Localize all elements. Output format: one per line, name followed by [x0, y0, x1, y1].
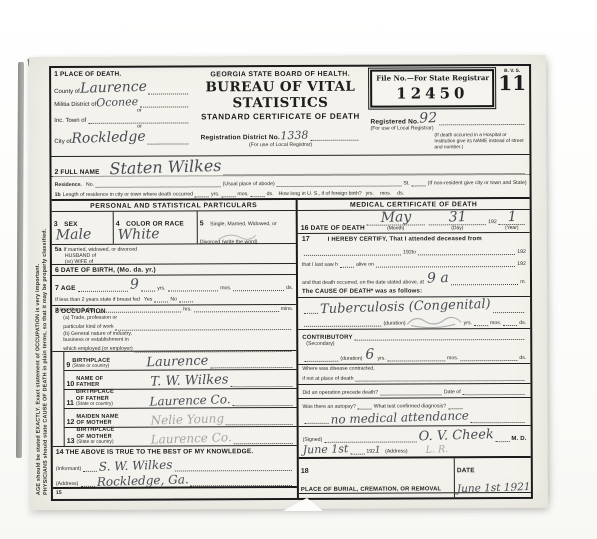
- certificate-form: 1 PLACE OF DEATH. County of Laurence Mil…: [49, 64, 533, 501]
- informant-section: 14 THE ABOVE IS TRUE TO THE BEST OF MY K…: [53, 446, 297, 489]
- dotted-leader: [80, 478, 94, 487]
- mother-maiden-label2: OF MOTHER: [76, 419, 150, 425]
- dotted-leader: [251, 188, 265, 197]
- date-of-death-field: 16 DATE OF DEATH May (Month) 31 (Day) 19…: [298, 210, 530, 234]
- burial-place-handwritten: Blue Springs: [303, 497, 452, 501]
- dotted-leader: [83, 463, 97, 472]
- form-number: 11: [498, 74, 526, 92]
- item-number: 10: [66, 381, 74, 388]
- filed-date-stamp: JUN 1 1921: [75, 500, 125, 501]
- dotted-leader: [88, 114, 188, 123]
- father-name-field: 10 NAME OF FATHER T. W. Wilkes: [64, 370, 296, 390]
- dotted-leader: [233, 282, 284, 291]
- yrs-label: yrs.: [157, 286, 165, 292]
- place-of-death-label: PLACE OF DEATH.: [60, 71, 121, 78]
- file-no-label: File No.—For State Registrar: [376, 73, 488, 82]
- md-label: M. D.: [511, 436, 526, 442]
- state-country-note: (State or country): [76, 439, 150, 445]
- state-file-number-box: File No.—For State Registrar 12450: [370, 69, 494, 108]
- death-month-group: May (Month): [367, 210, 425, 231]
- item-number: 5a: [55, 247, 62, 253]
- hospital-note: (If death occurred in a Hospital or Inst…: [434, 133, 526, 151]
- full-name-row: 2 FULL NAME Staten Wilkes: [51, 155, 529, 177]
- length-of-residence-label: Length of residence in city or town wher…: [63, 191, 193, 198]
- item-number: 8: [55, 308, 59, 315]
- residence-no-label: No.: [86, 182, 94, 188]
- occupation-a1: (a) Trade, profession or: [63, 315, 117, 322]
- dotted-leader: [495, 433, 509, 442]
- dotted-leader: [116, 320, 292, 330]
- informant-address-handwritten: Rockledge, Ga.: [96, 473, 188, 488]
- city-label: City of: [54, 139, 71, 145]
- marital-status-field: 5 Single, Married, Widowed, or Divorced …: [198, 211, 296, 243]
- father-name-handwritten: T. W. Wilkes: [150, 373, 228, 388]
- how-long-us-label: How long in U. S., if of foreign birth?: [279, 191, 362, 197]
- city-handwritten: Rockledge: [71, 130, 146, 146]
- dotted-leader: [304, 353, 338, 362]
- cause-of-death-section: Tuberculosis (Congenital) (duration) yrs…: [298, 297, 530, 330]
- dotted-leader: [141, 283, 155, 292]
- autopsy-section: Was there an autopsy? What test confirme…: [299, 398, 531, 427]
- parents-section: PARENTS 9 BIRTHPLACE (State or country) …: [52, 351, 296, 447]
- item-number: 14: [56, 449, 64, 456]
- mother-maiden-handwritten: Nelie Young: [150, 412, 224, 426]
- form-columns: PERSONAL AND STATISTICAL PARTICULARS 3 S…: [52, 199, 531, 499]
- dotted-leader: [439, 116, 524, 125]
- place-of-death-section: 1 PLACE OF DEATH. County of Laurence Mil…: [51, 67, 195, 156]
- color-race-handwritten: White: [118, 227, 160, 242]
- date-of-birth-label: DATE OF BIRTH, (Mo. da. yr.): [61, 267, 156, 274]
- filed-section: 15 Filed JUN 1 1921 192 J. T. Hunty LOCA…: [53, 488, 297, 501]
- informant-label: (Informant): [56, 466, 81, 472]
- dotted-leader: [412, 177, 426, 186]
- ds-label: ds.: [519, 355, 526, 361]
- parents-vertical-label: PARENTS: [49, 404, 55, 442]
- mos-label: mos.: [490, 320, 501, 326]
- inc-town-label: Inc. Town of: [54, 118, 86, 124]
- year-caption: (Year): [499, 225, 525, 231]
- operation-date-label: Date of: [444, 389, 461, 395]
- dotted-leader: [340, 259, 354, 268]
- county-label: County of: [54, 89, 80, 95]
- dotted-leader: [234, 435, 293, 444]
- scan-edge-artifact: [16, 62, 24, 458]
- death-year-group: 1 (Year): [499, 210, 525, 231]
- dotted-leader: [230, 378, 292, 387]
- dotted-leader: [463, 386, 525, 395]
- certify-line1: I HEREBY CERTIFY, That I attended deceas…: [328, 236, 482, 243]
- month-caption: (Month): [367, 225, 425, 231]
- abode-note: (Usual place of abode): [223, 181, 275, 187]
- registrar-numbers-section: File No.—For State Registrar 12450 B. V.…: [366, 66, 529, 155]
- last-saw-label: that I last saw h: [302, 262, 338, 268]
- item-number: 9: [66, 362, 70, 369]
- dotted-leader: [204, 499, 292, 501]
- registration-district-handwritten: 1338: [280, 130, 308, 142]
- yrs-label: yrs.: [464, 320, 472, 326]
- militia-district-handwritten: Oconee: [96, 96, 138, 108]
- contracted-line1: Where was disease contracted,: [302, 365, 526, 372]
- item-number: 13: [67, 438, 75, 445]
- dotted-leader: [474, 317, 488, 326]
- item-number: 1b: [55, 192, 61, 198]
- m-label: m.: [520, 278, 526, 284]
- dotted-leader: [154, 294, 168, 303]
- year-prefix: 192: [488, 219, 497, 225]
- registered-no-handwritten: 92: [419, 111, 437, 126]
- item-number: 1: [54, 71, 58, 78]
- age-handwritten: 9: [130, 278, 139, 292]
- contracted-line2: if not at place of death: [302, 376, 353, 382]
- undertaker-section: 20 UNDERTAKER J. Taylor Loid ADDRESS: [299, 493, 531, 501]
- item-number: 12: [67, 419, 75, 426]
- dotted-leader: [460, 352, 517, 361]
- age-field: 7 AGE 9 yrs. mos. ds. If less: [52, 275, 296, 306]
- father-name-label2: FATHER: [76, 381, 150, 387]
- mother-birthplace-field: 13 BIRTHPLACE OF MOTHER (State or countr…: [65, 427, 297, 446]
- certificate-paper: AGE should be stated EXACTLY. Exact stat…: [29, 55, 548, 510]
- operation-label: Did an operation precede death?: [302, 390, 378, 396]
- dotted-leader: [418, 246, 515, 255]
- form-code: B. V. S. 11: [498, 69, 526, 92]
- dotted-leader: [304, 318, 381, 327]
- dotted-leader: [355, 331, 525, 341]
- informant-statement-label: THE ABOVE IS TRUE TO THE BEST OF MY KNOW…: [66, 448, 254, 456]
- item-number: 17: [302, 236, 310, 243]
- dotted-leader: [168, 282, 219, 291]
- board-title: GEORGIA STATE BOARD OF HEALTH.: [194, 71, 366, 79]
- occupation-field: 8 OCCUPATION (a) Trade, profession or pa…: [52, 305, 296, 352]
- paper-tear-artifact: [283, 498, 323, 511]
- breastfed-label: If less than 2 years state if breast fed: [55, 297, 140, 303]
- handwriting-scribble: [218, 231, 258, 241]
- dotted-leader: [179, 293, 193, 302]
- burial-date-label: DATE: [457, 467, 475, 474]
- agency-header: GEORGIA STATE BOARD OF HEALTH. BUREAU OF…: [194, 67, 366, 156]
- ds-label: ds.: [286, 285, 293, 291]
- husband-wife-field: 5a If married, widowed, or divorced HUSB…: [52, 244, 296, 265]
- dotted-leader: [277, 178, 402, 188]
- margin-note-inner: PHYSICIANS should state CAUSE OF DEATH i…: [42, 229, 49, 496]
- ds-label: ds.: [519, 320, 526, 326]
- mother-maiden-name-field: 12 MAIDEN NAME OF MOTHER Nelie Young: [65, 408, 297, 428]
- father-birthplace-field: 11 BIRTHPLACE OF FATHER (State or countr…: [64, 389, 296, 409]
- operation-section: Did an operation precede death? Date of: [298, 384, 530, 399]
- ds-label: ds.: [397, 190, 404, 196]
- duration-label: (duration): [383, 320, 405, 326]
- death-occurred-label: and that death occurred, on the date sta…: [302, 279, 424, 286]
- medical-column: MEDICAL CERTIFICATE OF DEATH 16 DATE OF …: [298, 199, 531, 498]
- street-label: St.: [403, 180, 409, 186]
- dotted-leader: [324, 433, 416, 442]
- duration-label: (duration): [340, 356, 362, 362]
- day-caption: (Day): [429, 225, 487, 231]
- militia-district-label: Militia District of: [54, 102, 96, 108]
- color-race-field: 4 COLOR OR RACE White: [114, 211, 198, 243]
- yrs-label: yrs.: [377, 356, 385, 362]
- bureau-title: BUREAU OF VITAL STATISTICS: [194, 79, 366, 112]
- registration-district-note: (For use of Local Registrar): [195, 142, 367, 149]
- dotted-leader: [493, 304, 525, 313]
- father-birthplace-handwritten: Laurence Co.: [150, 393, 231, 407]
- autopsy-label: Was there an autopsy?: [303, 404, 356, 410]
- nonresident-note: (If non-resident give city or town and S…: [428, 180, 527, 186]
- occupation-b2: business or establishment in: [63, 337, 128, 344]
- mos-label: mos.: [237, 191, 248, 197]
- death-year-handwritten: 1: [507, 210, 516, 224]
- full-name-label: FULL NAME: [60, 169, 99, 176]
- dotted-leader: [376, 258, 515, 268]
- birthplace-handwritten: Laurence: [146, 355, 208, 370]
- dotted-leader: [190, 477, 292, 486]
- registered-no-note: (For use of Local Registrar): [370, 125, 526, 132]
- contributory-duration-handwritten: 6: [365, 348, 374, 362]
- mos-label: mos.: [220, 285, 231, 291]
- dotted-leader: [305, 415, 329, 424]
- signed-note-handwritten: L. R.: [425, 445, 448, 455]
- dotted-leader: [451, 275, 519, 284]
- date-of-death-label: DATE OF DEATH: [311, 225, 365, 232]
- item-number: 11: [67, 400, 74, 407]
- residence-label: Residence.: [55, 182, 82, 188]
- dotted-leader: [148, 135, 189, 144]
- dotted-leader: [149, 85, 189, 94]
- dotted-leader: [221, 188, 235, 197]
- sex-color-marital-row: 3 SEX Male 4 COLOR OR RACE White 5 Singl…: [52, 211, 296, 245]
- birthplace-field: 9 BIRTHPLACE (State or country) Laurence: [64, 351, 296, 371]
- alive-on-label: alive on: [356, 262, 374, 268]
- physician-signature-handwritten: O. V. Cheek: [418, 428, 493, 443]
- time-of-death-handwritten: 9 a: [427, 271, 449, 286]
- signed-address-label: (Address): [385, 448, 408, 454]
- certification-section: 17 I HEREBY CERTIFY, That I attended dec…: [298, 233, 530, 298]
- dotted-leader: [380, 386, 442, 395]
- margin-note-outer: AGE should be stated EXACTLY. Exact stat…: [35, 264, 42, 495]
- dotted-leader: [358, 401, 372, 410]
- personal-column: PERSONAL AND STATISTICAL PARTICULARS 3 S…: [52, 200, 299, 499]
- scanned-death-certificate: AGE should be stated EXACTLY. Exact stat…: [0, 0, 597, 539]
- form-header: 1 PLACE OF DEATH. County of Laurence Mil…: [51, 66, 529, 157]
- physician-signed-section: (Signed) O. V. Cheek M. D. June 1st 192 …: [299, 426, 531, 457]
- local-registrar-signature: J. T. Hunty: [145, 497, 203, 501]
- residence-section: Residence. No. (Usual place of abode) St…: [52, 175, 530, 201]
- death-month-handwritten: May: [380, 210, 411, 225]
- state-country-note: (State or country): [76, 401, 150, 407]
- yes-label: Yes: [144, 297, 152, 303]
- parents-vertical-label-strip: PARENTS: [52, 352, 64, 446]
- secondary-note: (Secondary): [306, 340, 526, 347]
- file-no-stamped-value: 12450: [376, 84, 488, 102]
- state-country-note: (State or country): [72, 363, 146, 369]
- year-prefix: 192: [517, 248, 526, 254]
- dotted-leader: [175, 462, 292, 472]
- dotted-leader: [224, 165, 525, 175]
- year-prefix: 192: [517, 261, 526, 267]
- disease-contracted-section: Where was disease contracted, if not at …: [298, 364, 530, 385]
- no-label: No: [170, 296, 177, 302]
- burial-date-field: DATE June 1st 1921: [454, 458, 531, 492]
- sex-handwritten: Male: [56, 227, 92, 242]
- burial-place-label: PLACE OF BURIAL, CREMATION, OR REMOVAL: [301, 486, 441, 493]
- dotted-leader: [355, 372, 524, 382]
- item-number: 2: [55, 169, 59, 176]
- death-day-handwritten: 31: [448, 210, 466, 225]
- dotted-leader: [96, 178, 221, 188]
- dotted-leader: [210, 359, 292, 368]
- age-label: AGE: [61, 285, 76, 292]
- burial-place-field: 18 PLACE OF BURIAL, CREMATION, OR REMOVA…: [299, 458, 454, 493]
- certificate-title: STANDARD CERTIFICATE OF DEATH: [194, 112, 366, 122]
- dotted-leader: [304, 246, 401, 255]
- burial-date-handwritten: June 1st 1921: [457, 482, 529, 495]
- autopsy-answer-handwritten: no medical attendance: [330, 409, 469, 425]
- ds-label: ds.: [267, 191, 274, 197]
- full-name-handwritten: Staten Wilkes: [109, 158, 221, 177]
- item-number: 18: [301, 468, 309, 475]
- handwriting-scribble: [406, 314, 464, 326]
- dotted-leader: [503, 317, 517, 326]
- dotted-leader: [226, 416, 293, 425]
- mos-label: mos.: [380, 191, 391, 197]
- yrs-label: yrs.: [211, 191, 219, 197]
- item-number: 5: [200, 220, 204, 227]
- dotted-leader: [195, 188, 209, 197]
- cause-of-death-label: The CAUSE OF DEATH* was as follows:: [302, 288, 422, 295]
- parents-rows: 9 BIRTHPLACE (State or country) Laurence…: [64, 351, 296, 446]
- dotted-leader: [140, 98, 188, 107]
- informant-address-label: (Address): [56, 481, 79, 487]
- death-day-group: 31 (Day): [428, 210, 486, 231]
- registration-district-label: Registration District No.: [201, 134, 280, 141]
- item-number: 6: [55, 267, 59, 274]
- mos-label: mos.: [447, 355, 458, 361]
- mother-birthplace-handwritten: Laurence Co.: [150, 431, 231, 445]
- yrs-label: yrs.: [366, 191, 374, 197]
- county-handwritten: Laurence: [80, 80, 147, 96]
- sex-field: 3 SEX Male: [52, 212, 114, 244]
- dotted-leader: [233, 397, 293, 406]
- item-number: 7: [55, 285, 59, 292]
- dotted-leader: [78, 283, 129, 292]
- dotted-leader: [388, 352, 445, 361]
- item-number: 15: [56, 489, 294, 496]
- dotted-leader: [350, 446, 364, 455]
- dotted-leader: [310, 132, 359, 141]
- signed-date-handwritten: June 1st: [303, 443, 349, 455]
- signed-year-handwritten: 1: [375, 445, 381, 455]
- year-prefix: 192: [403, 249, 412, 255]
- to-label: to: [412, 249, 416, 255]
- dotted-leader: [304, 305, 318, 314]
- contributory-section: CONTRIBUTORY (Secondary) (duration) 6 yr…: [298, 329, 530, 365]
- dotted-leader: [471, 414, 525, 423]
- informant-handwritten: S. W. Wilkes: [99, 459, 173, 473]
- burial-section: 18 PLACE OF BURIAL, CREMATION, OR REMOVA…: [299, 456, 531, 494]
- item-number: 16: [301, 225, 309, 232]
